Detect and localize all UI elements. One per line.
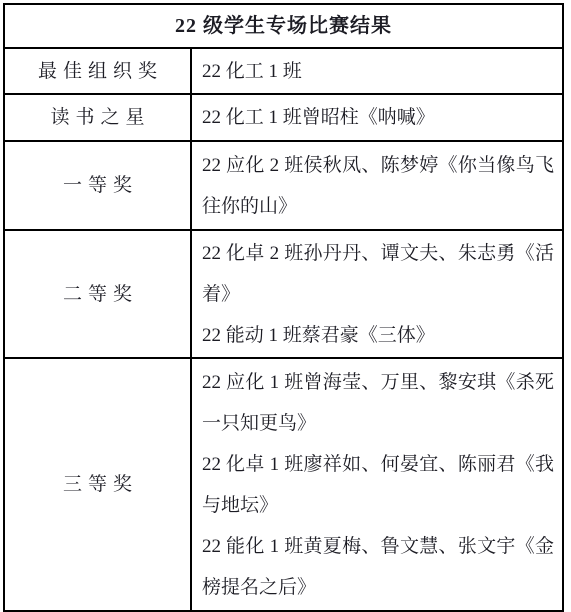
table-header-row: 22 级学生专场比赛结果 <box>4 4 563 48</box>
winner-entry: 22 化卓 1 班廖祥如、何晏宜、陈丽君《我与地坛》 <box>202 444 554 526</box>
table-row: 一等奖 22 应化 2 班侯秋凤、陈梦婷《你当像鸟飞往你的山》 <box>4 141 563 230</box>
award-label-second-prize: 二等奖 <box>4 230 191 358</box>
table-row: 二等奖 22 化卓 2 班孙丹丹、谭文夫、朱志勇《活着》 22 能动 1 班蔡君… <box>4 230 563 358</box>
award-winners-cell: 22 化工 1 班曾昭柱《呐喊》 <box>191 94 563 141</box>
winner-entry: 22 应化 1 班曾海莹、万里、黎安琪《杀死一只知更鸟》 <box>202 362 554 444</box>
table-title: 22 级学生专场比赛结果 <box>4 4 563 48</box>
award-label-first-prize: 一等奖 <box>4 141 191 230</box>
competition-results-table: 22 级学生专场比赛结果 最佳组织奖 22 化工 1 班 读书之星 22 化工 … <box>3 3 564 612</box>
award-winners-cell: 22 应化 2 班侯秋凤、陈梦婷《你当像鸟飞往你的山》 <box>191 141 563 230</box>
winner-entry: 22 化工 1 班曾昭柱《呐喊》 <box>202 97 554 138</box>
table-row: 读书之星 22 化工 1 班曾昭柱《呐喊》 <box>4 94 563 141</box>
award-label-reading-star: 读书之星 <box>4 94 191 141</box>
winner-entry: 22 化工 1 班 <box>202 51 554 92</box>
table-row: 三等奖 22 应化 1 班曾海莹、万里、黎安琪《杀死一只知更鸟》 22 化卓 1… <box>4 358 563 611</box>
winner-entry: 22 应化 2 班侯秋凤、陈梦婷《你当像鸟飞往你的山》 <box>202 145 554 227</box>
award-winners-cell: 22 化工 1 班 <box>191 48 563 94</box>
award-label-best-organization: 最佳组织奖 <box>4 48 191 94</box>
winner-entry: 22 化卓 2 班孙丹丹、谭文夫、朱志勇《活着》 <box>202 233 554 315</box>
winner-entry: 22 能动 1 班蔡君豪《三体》 <box>202 315 554 356</box>
award-label-third-prize: 三等奖 <box>4 358 191 611</box>
table-row: 最佳组织奖 22 化工 1 班 <box>4 48 563 94</box>
award-winners-cell: 22 化卓 2 班孙丹丹、谭文夫、朱志勇《活着》 22 能动 1 班蔡君豪《三体… <box>191 230 563 358</box>
winner-entry: 22 能化 1 班黄夏梅、鲁文慧、张文宇《金榜提名之后》 <box>202 526 554 608</box>
award-winners-cell: 22 应化 1 班曾海莹、万里、黎安琪《杀死一只知更鸟》 22 化卓 1 班廖祥… <box>191 358 563 611</box>
